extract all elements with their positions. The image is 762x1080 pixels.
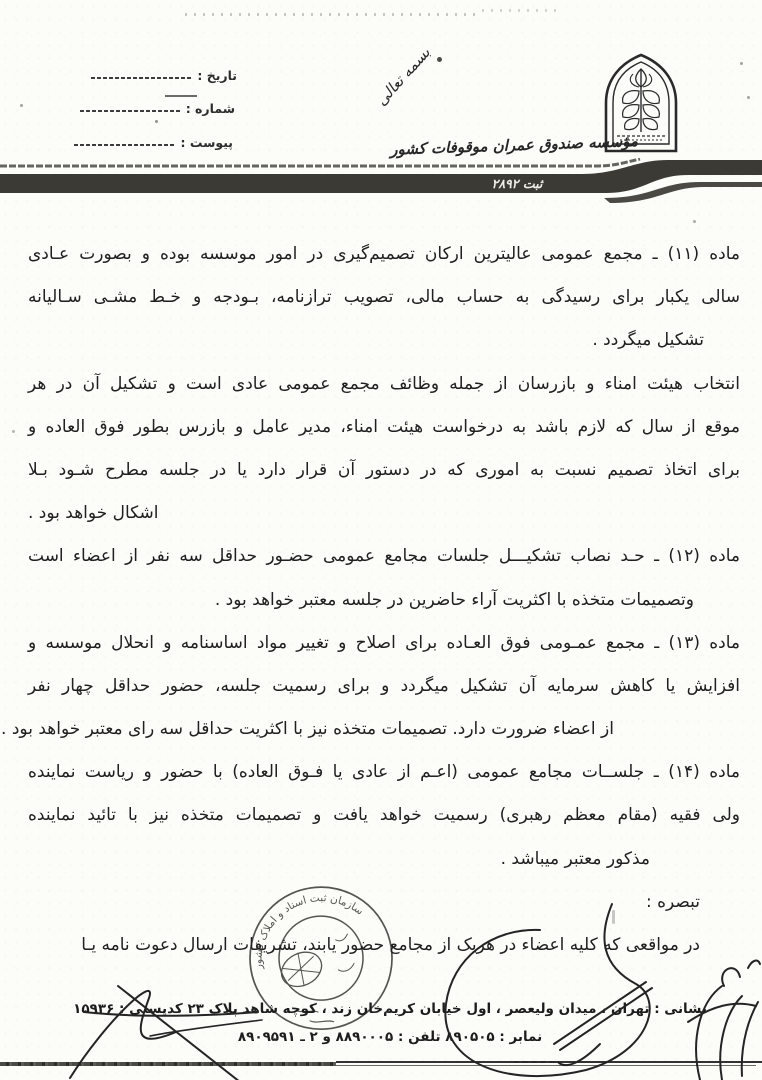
footer-address: نشانی : تهران ، میدان ولیعصر ، اول خیابا…: [70, 1001, 710, 1017]
bottom-rule-left: [0, 1062, 336, 1066]
field-attachment: پیوست :: [74, 135, 233, 150]
body-line: مذکور معتبر میباشد .: [28, 838, 740, 881]
bismillah-calligraphy: بسمه تعالی: [360, 44, 434, 123]
body-line: از اعضاء ضرورت دارد. تصمیمات متخذه نیز ب…: [28, 708, 740, 751]
body-line: ماده (۱۱) ـ مجمع عمومی عالیترین ارکان تص…: [28, 233, 740, 276]
body-line: ولی فقیه (مقام معظم رهبری) رسمیت خواهد ی…: [28, 794, 740, 837]
body-line: ماده (۱۴) ـ جلســات مجامع عمومی (اعـم از…: [28, 751, 740, 794]
scan-speck: [437, 57, 442, 62]
scan-speck: [747, 96, 750, 99]
body-line: سالی یکبار برای رسیدگی به حساب مالی، تصو…: [28, 276, 740, 319]
field-number-label: شماره :: [186, 101, 235, 116]
scan-speck: [155, 120, 158, 123]
body-line: در مواقعی که کلیه اعضاء در هریک از مجامع…: [28, 924, 740, 967]
field-number-line: [80, 110, 181, 112]
body-line: ماده (۱۳) ـ مجمع عمـومی فوق العـاده برای…: [28, 622, 740, 665]
scan-speck: [20, 104, 23, 107]
body-line: اشکال خواهد بود .: [28, 492, 740, 535]
scan-speck: [740, 62, 743, 65]
field-number-extra-dash: [165, 95, 197, 97]
scan-noise-trail: [185, 13, 475, 16]
body-line: موقع از سال که لازم باشد به درخواست هیئت…: [28, 406, 740, 449]
header-band: [0, 158, 762, 212]
field-date-label: تاریخ :: [197, 68, 237, 83]
body-line: افزایش یا کاهش سرمایه آن تشکیل میگردد و …: [28, 665, 740, 708]
body-line: تشکیل میگردد .: [28, 319, 740, 362]
body-line: ماده (۱۲) ـ حـد نصاب تشکیـــل جلسات مجام…: [28, 535, 740, 578]
scan-noise-trail: [482, 9, 562, 12]
field-attachment-label: پیوست :: [180, 135, 233, 150]
field-date: تاریخ :: [91, 68, 237, 83]
footer-phone: نمابر : ۸۹۰۵۰۵ تلفن : ۸۸۹۰۰۰۵ و ۲ ـ ۸۹۰۹…: [180, 1029, 600, 1045]
field-number: شماره :: [80, 101, 235, 116]
note-label: تبصره :: [28, 881, 740, 924]
registration-number: ثبت ۲۸۹۲: [452, 176, 582, 191]
document-body: ماده (۱۱) ـ مجمع عمومی عالیترین ارکان تص…: [28, 233, 740, 967]
scan-speck: [12, 430, 15, 433]
document-page: تاریخ : شماره : پیوست : بسمه تعالی: [0, 0, 762, 1080]
field-date-line: [91, 77, 192, 79]
body-line: برای اتخاذ تصمیم نسبت به اموری که در دست…: [28, 449, 740, 492]
bottom-rule-right-thin: [336, 1065, 756, 1066]
body-line: انتخاب هیئت امناء و بازرسان از جمله وظائ…: [28, 363, 740, 406]
scan-speck: [693, 220, 696, 223]
body-line: وتصمیمات متخذه با اکثریت آراء حاضرین در …: [28, 579, 740, 622]
field-attachment-line: [74, 144, 175, 146]
bottom-rule-right: [336, 1061, 762, 1063]
